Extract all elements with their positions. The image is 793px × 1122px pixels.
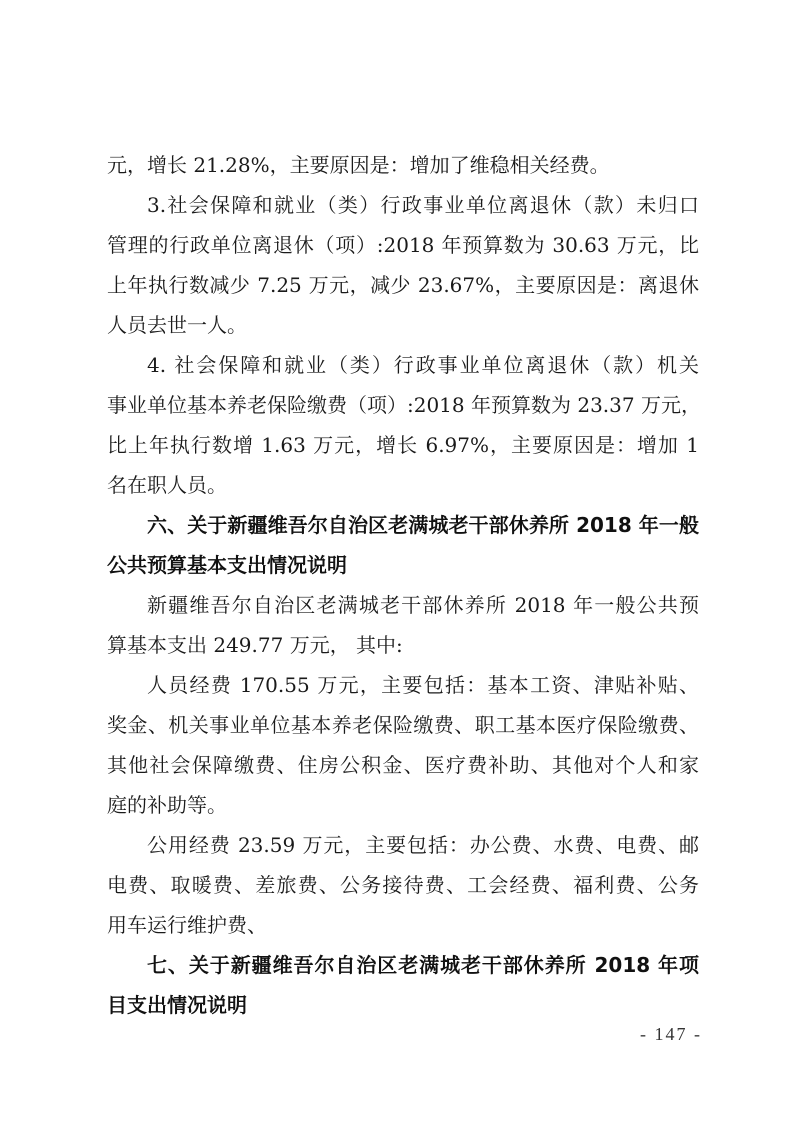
paragraph-line: 公用经费 23.59 万元，主要包括：办公费、水费、电费、邮 <box>107 825 699 865</box>
paragraph-line: 用车运行维护费、 <box>107 905 699 945</box>
paragraph-line: 人员去世一人。 <box>107 305 699 345</box>
section-heading-7: 七、关于新疆维吾尔自治区老满城老干部休养所 2018 年项 <box>107 945 699 985</box>
paragraph-line: 新疆维吾尔自治区老满城老干部休养所 2018 年一般公共预 <box>107 585 699 625</box>
paragraph-line: 3.社会保障和就业（类）行政事业单位离退休（款）未归口 <box>107 185 699 225</box>
paragraph-line: 4. 社会保障和就业（类）行政事业单位离退休（款）机关 <box>107 345 699 385</box>
section-heading-7-cont: 目支出情况说明 <box>107 985 699 1025</box>
paragraph-line: 管理的行政单位离退休（项）:2018 年预算数为 30.63 万元，比 <box>107 225 699 265</box>
paragraph-line: 算基本支出 249.77 万元， 其中: <box>107 625 699 665</box>
document-body: 元，增长 21.28%，主要原因是：增加了维稳相关经费。 3.社会保障和就业（类… <box>107 145 699 1025</box>
section-heading-6: 六、关于新疆维吾尔自治区老满城老干部休养所 2018 年一般 <box>107 505 699 545</box>
paragraph-line: 名在职人员。 <box>107 465 699 505</box>
paragraph-line: 其他社会保障缴费、住房公积金、医疗费补助、其他对个人和家 <box>107 745 699 785</box>
paragraph-line: 人员经费 170.55 万元，主要包括：基本工资、津贴补贴、 <box>107 665 699 705</box>
paragraph-line: 电费、取暖费、差旅费、公务接待费、工会经费、福利费、公务 <box>107 865 699 905</box>
document-page: 元，增长 21.28%，主要原因是：增加了维稳相关经费。 3.社会保障和就业（类… <box>0 0 793 1122</box>
section-heading-6-cont: 公共预算基本支出情况说明 <box>107 545 699 585</box>
paragraph-line: 庭的补助等。 <box>107 785 699 825</box>
paragraph-line: 上年执行数减少 7.25 万元，减少 23.67%，主要原因是：离退休 <box>107 265 699 305</box>
paragraph-line: 事业单位基本养老保险缴费（项）:2018 年预算数为 23.37 万元， <box>107 385 699 425</box>
page-number: - 147 - <box>640 1024 702 1045</box>
paragraph-line: 元，增长 21.28%，主要原因是：增加了维稳相关经费。 <box>107 145 699 185</box>
paragraph-line: 比上年执行数增 1.63 万元，增长 6.97%，主要原因是：增加 1 <box>107 425 699 465</box>
paragraph-line: 奖金、机关事业单位基本养老保险缴费、职工基本医疗保险缴费、 <box>107 705 699 745</box>
